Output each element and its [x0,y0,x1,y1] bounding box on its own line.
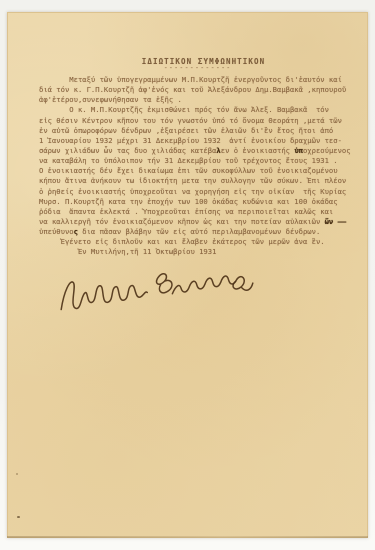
text-line: Ο ἐνοικιαστής δέν ἔχει δικαίωμα ἐπι τῶν … [39,166,361,176]
text-line: Ἐν Μυτιλήνη,τῆ 11 Ὀκτωβρίου 1931 [39,247,361,257]
handwritten-correction: ὑπ [294,146,303,155]
paper-bottom-edge [7,536,368,538]
text-line: ἐν αὐτῶ ὀπωροφόρων δένδρων ,ἐξαιρέσει τῶ… [39,126,361,136]
title-underline: ------------- [18,64,375,72]
signature-stroke-flourish [232,276,253,291]
text-line: ἀφ'ἑτέρου,συνεφωνήθησαν τα ἑξῆς . [39,95,361,105]
paper-speck [16,473,18,475]
text-line: σάρων χιλιάδων ὧν τας δυο χιλιάδας κατέβ… [39,146,361,156]
text-line: ῥόδια ἅπαντα ἐκλεκτά . Ὑποχρεοῦται ἐπίση… [39,207,361,217]
text-line: να καταβάλη το ὑπόλοιπον τήν 31 Δεκεμβρί… [39,156,361,166]
paper-speck [17,516,20,518]
text-line: να καλλιεργῆ τόν ἐνοικιαζόμενον κῆπον ὡς… [39,217,361,227]
text-line: Μεταξύ τῶν ὑπογεγραμμένων Μ.Π.Κουρτζῆ ἐν… [39,75,361,85]
signature-stroke-surname [156,269,236,295]
scan-background: ΙΔΙΩΤΙΚΟΝ ΣΥΜΦΩΝΗΤΙΚΟΝ ------------- Μετ… [0,0,375,550]
text-line: Ο κ. Μ.Π.Κουρτζῆς ἐκμισθώνει πρός τόν ἄν… [39,105,361,115]
document-body: Μεταξύ τῶν ὑπογεγραμμένων Μ.Π.Κουρτζῆ ἐν… [39,75,361,258]
handwritten-correction: ὤν —— [325,217,347,226]
text-line: εἰς θέσιν Κέντρον κῆπον του τόν γνωστόν … [39,116,361,126]
text-line: ὑπεύθυνος δια πᾶσαν βλάβην τῶν εἰς αὐτό … [39,227,361,237]
text-line: Ἐγένετο εἰς διπλοῦν και και ἔλαβεν ἑκάτε… [39,237,361,247]
text-line: 1 Ἰανουαρίου 1932 μέχρι 31 Δεκεμβρίου 19… [39,136,361,146]
document-page: ΙΔΙΩΤΙΚΟΝ ΣΥΜΦΩΝΗΤΙΚΟΝ ------------- Μετ… [7,12,368,538]
signature-handwritten: Ἀλέξανδρος Βαμβακᾶς [52,256,255,322]
signature-stroke-firstname [59,277,148,310]
text-line: Μυρσ. Π.Κουρτζῆ κατα την ἐποχήν των 100 … [39,197,361,207]
text-line: κήπου ἅτινα ἀνήκουν τω ἰδιοκτήτη μετα τη… [39,176,361,186]
text-line: διά τόν κ. Γ.Π.Κουρτζῆ ἀφ'ἑνός και τοῦ Ἀ… [39,85,361,95]
text-line: ὁ ῥηθείς ἐνοικιαστής ὑποχρεοῦται να χορη… [39,187,361,197]
